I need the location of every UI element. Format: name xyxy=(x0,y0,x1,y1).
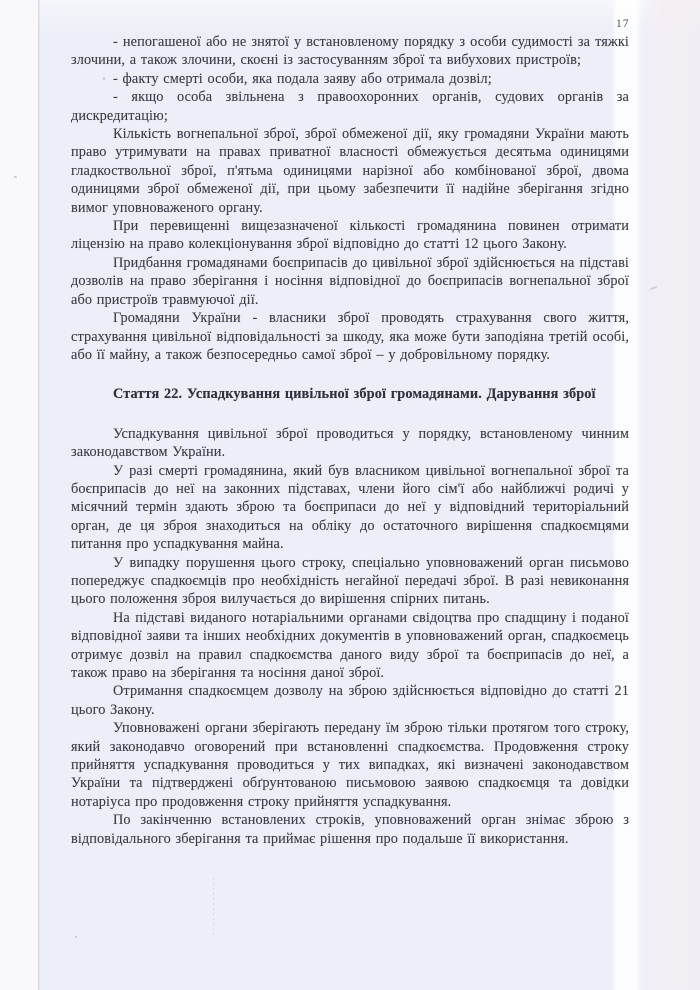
body-paragraph: Успадкування цивільної зброї проводиться… xyxy=(71,425,629,462)
body-paragraph: Отримання спадкоємцем дозволу на зброю з… xyxy=(71,682,629,719)
document-text-column: - непогашеної або не знятої у встановлен… xyxy=(71,33,629,848)
page-number: 17 xyxy=(616,18,630,30)
body-paragraph: На підставі виданого нотаріальними орган… xyxy=(71,609,629,683)
list-item-paragraph: - непогашеної або не знятої у встановлен… xyxy=(71,33,629,70)
body-paragraph: Кількість вогнепальної зброї, зброї обме… xyxy=(71,125,629,217)
scanned-document-page: 17 - непогашеної або не знятої у встанов… xyxy=(0,0,700,990)
body-paragraph: По закінченню встановлених строків, упов… xyxy=(71,811,629,848)
body-paragraph: Придбання громадянами боєприпасів до цив… xyxy=(71,254,629,309)
list-item-paragraph: - факту смерті особи, яка подала заяву а… xyxy=(71,70,629,88)
scan-speck xyxy=(14,175,18,178)
body-paragraph: Громадяни України - власники зброї прово… xyxy=(71,309,629,364)
scan-speck xyxy=(75,936,77,938)
body-paragraph: При перевищенні вищезазначеної кількості… xyxy=(71,217,629,254)
body-paragraph: У разі смерті громадянина, який був влас… xyxy=(71,462,629,554)
scan-fold-line xyxy=(213,878,214,936)
body-paragraph: Уповноважені органи зберігають передану … xyxy=(71,719,629,811)
scan-smudge xyxy=(649,286,658,291)
body-paragraph: У випадку порушення цього строку, спеціа… xyxy=(71,554,629,609)
list-item-paragraph: - якщо особа звільнена з правоохоронних … xyxy=(71,88,629,125)
article-22-heading: Стаття 22. Успадкування цивільної зброї … xyxy=(71,385,629,403)
scan-speck xyxy=(103,77,105,80)
